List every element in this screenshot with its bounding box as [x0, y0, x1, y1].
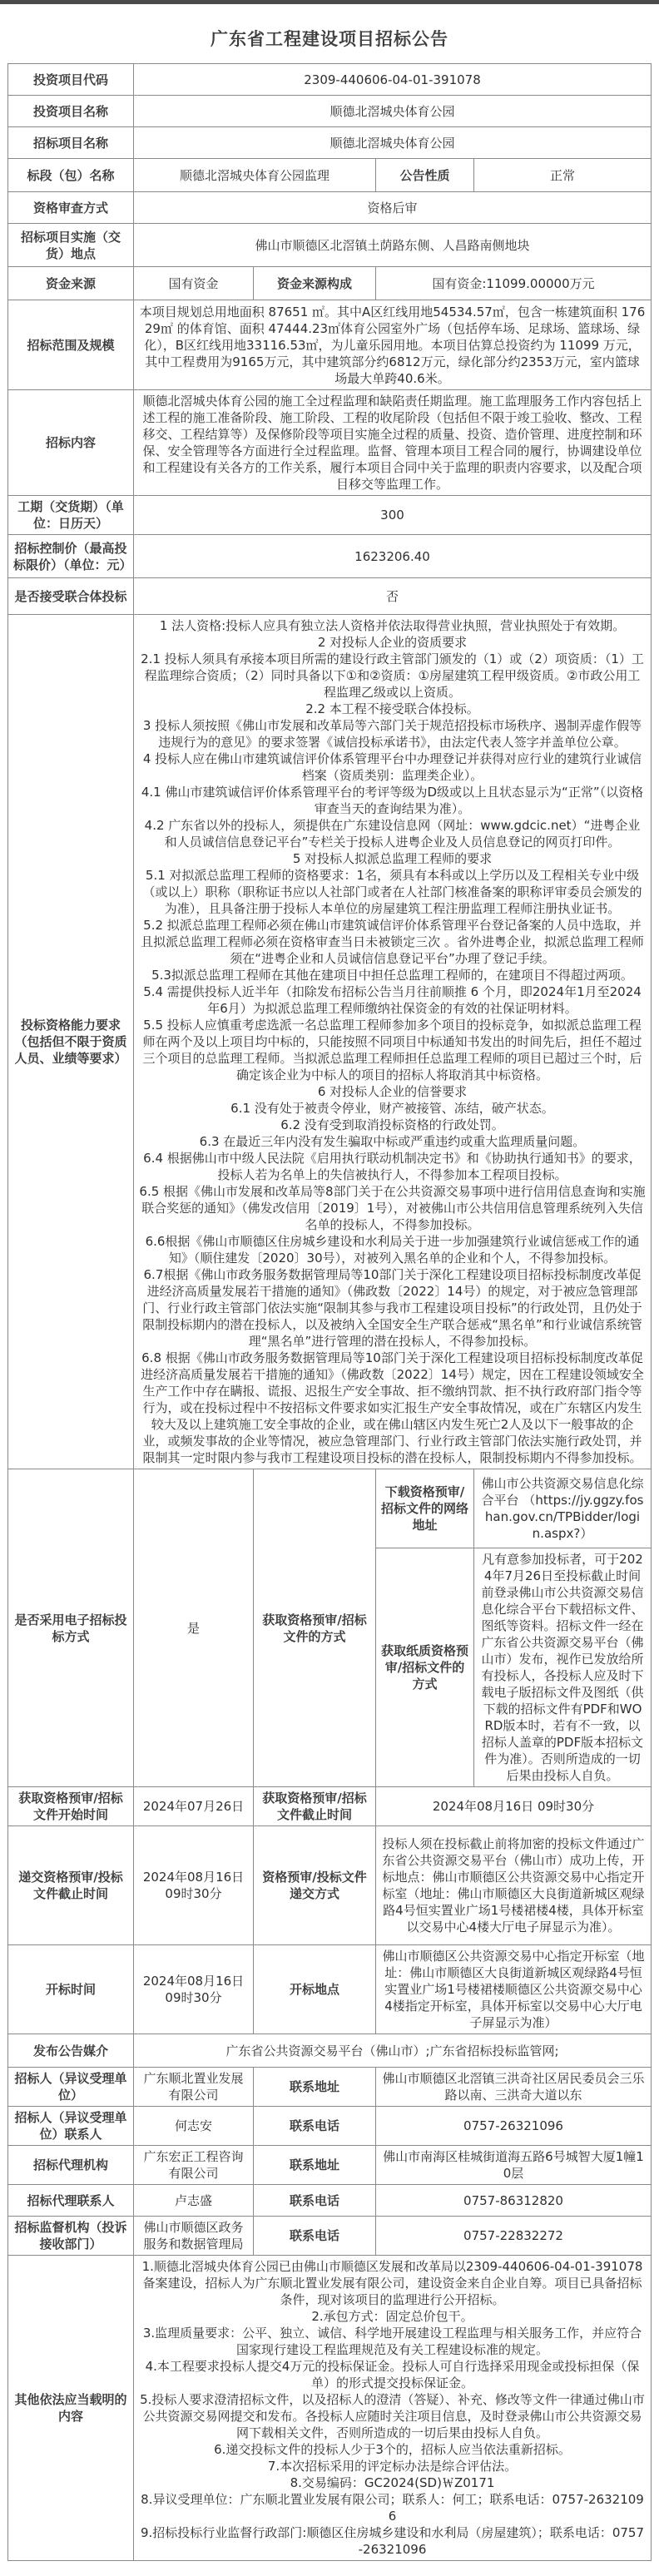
table-row: 其他依法应当载明的内容 1.顺德北滘城央体育公园已由佛山市顺德区发展和改革局以2… [8, 2256, 652, 2561]
table-row: 投资项目代码 2309-440606-04-01-391078 [8, 64, 652, 96]
top-strip [0, 0, 659, 4]
section-value: 顺德北滘城央体育公园监理 [134, 159, 376, 192]
download-url-label: 下载资格预审/招标文件的网络地址 [376, 1469, 474, 1548]
table-row: 投标资格能力要求（包括但不限于资质人员、业绩等要求） 1 法人资格:投标人应具有… [8, 615, 652, 1469]
tenderer-address-value: 佛山市顺德区北滘镇三洪奇社区居民委员会三乐路以南、三洪奇大道以东 [376, 2068, 652, 2107]
table-row: 招标项目实施（交货）地点 佛山市顺德区北滘镇土荫路东侧、人昌路南侧地块 [8, 224, 652, 267]
invest-name-label: 投资项目名称 [8, 96, 134, 127]
bid-opening-time-value: 2024年08月16日 09时30分 [134, 1945, 254, 2034]
obtain-deadline-label: 获取资格预审/招标文件截止时间 [254, 1787, 376, 1826]
project-code-value: 2309-440606-04-01-391078 [134, 64, 652, 96]
table-row: 工期（交货期）（单位：日历天） 300 [8, 496, 652, 535]
table-row: 递交资格预审/投标文件截止时间 2024年08月16日 09时30分 资格预审/… [8, 1826, 652, 1945]
funding-composition-label: 资金来源构成 [254, 267, 376, 300]
location-value: 佛山市顺德区北滘镇土荫路东侧、人昌路南侧地块 [134, 224, 652, 267]
tenderer-phone-value: 0757-26321096 [376, 2107, 652, 2146]
tender-name-label: 招标项目名称 [8, 127, 134, 159]
paper-method-label: 获取纸质资格预审/招标文件的方式 [376, 1548, 474, 1787]
page-title: 广东省工程建设项目招标公告 [0, 26, 659, 51]
funding-label: 资金来源 [8, 267, 134, 300]
other-label: 其他依法应当载明的内容 [8, 2256, 134, 2561]
table-row: 招标人（异议受理单位） 广东顺北置业发展有限公司 联系地址 佛山市顺德区北滘镇三… [8, 2068, 652, 2107]
submit-method-value: 投标人须在投标截止前将加密的投标文件通过广东省公共资源交易平台（佛山市）成功上传… [376, 1826, 652, 1945]
scope-value: 本项目规划总用地面积 87651 ㎡。其中A区红线用地54534.57㎡，包含一… [134, 300, 652, 390]
content-label: 招标内容 [8, 390, 134, 496]
agency-value: 广东宏正工程咨询有限公司 [134, 2146, 254, 2185]
tenderer-contact-label: 招标人（异议受理单位）联系人 [8, 2107, 134, 2146]
paper-method-value: 凡有意参加投标者，可于2024年7月26日至投标截止时间前登录佛山市公共资源交易… [474, 1548, 652, 1787]
e-bidding-value: 是 [134, 1469, 254, 1787]
capability-label: 投标资格能力要求（包括但不限于资质人员、业绩等要求） [8, 615, 134, 1469]
table-row: 招标人（异议受理单位）联系人 何志安 联系电话 0757-26321096 [8, 2107, 652, 2146]
consortium-value: 否 [134, 578, 652, 615]
funding-composition-value: 国有资金:11099.00000万元 [376, 267, 652, 300]
supervisor-label: 招标监督机构（投诉接收部门） [8, 2217, 134, 2256]
agency-label: 招标代理机构 [8, 2146, 134, 2185]
funding-value: 国有资金 [134, 267, 254, 300]
table-row: 标段（包）名称 顺德北滘城央体育公园监理 公告性质 正常 [8, 159, 652, 192]
table-row: 获取资格预审/招标文件开始时间 2024年07月26日 获取资格预审/招标文件截… [8, 1787, 652, 1826]
agency-address-label: 联系地址 [254, 2146, 376, 2185]
tenderer-contact-value: 何志安 [134, 2107, 254, 2146]
notice-nature-value: 正常 [474, 159, 652, 192]
table-row: 招标项目名称 顺德北滘城央体育公园 [8, 127, 652, 159]
tenderer-phone-label: 联系电话 [254, 2107, 376, 2146]
table-row: 招标范围及规模 本项目规划总用地面积 87651 ㎡。其中A区红线用地54534… [8, 300, 652, 390]
table-row: 招标代理联系人 卢志盛 联系电话 0757-86312820 [8, 2185, 652, 2217]
agency-contact-value: 卢志盛 [134, 2185, 254, 2217]
duration-label: 工期（交货期）（单位：日历天） [8, 496, 134, 535]
content-value: 顺德北滘城央体育公园的施工全过程监理和缺陷责任期监理。施工监理服务工作内容包括上… [134, 390, 652, 496]
scope-label: 招标范围及规模 [8, 300, 134, 390]
table-row: 招标代理机构 广东宏正工程咨询有限公司 联系地址 佛山市南海区桂城街道海五路6号… [8, 2146, 652, 2185]
agency-phone-label: 联系电话 [254, 2185, 376, 2217]
table-row: 发布公告媒介 广东省公共资源交易平台（佛山市）;广东省招标投标监管网; [8, 2034, 652, 2068]
table-row: 开标时间 2024年08月16日 09时30分 开标地点 佛山市顺德区公共资源交… [8, 1945, 652, 2034]
tenderer-label: 招标人（异议受理单位） [8, 2068, 134, 2107]
media-label: 发布公告媒介 [8, 2034, 134, 2068]
obtain-start-value: 2024年07月26日 [134, 1787, 254, 1826]
supervisor-phone-label: 联系电话 [254, 2217, 376, 2256]
bid-opening-time-label: 开标时间 [8, 1945, 134, 2034]
submit-deadline-label: 递交资格预审/投标文件截止时间 [8, 1826, 134, 1945]
obtain-method-label: 获取资格预审/招标文件的方式 [254, 1469, 376, 1787]
supervisor-value: 佛山市顺德区政务服务和数据管理局 [134, 2217, 254, 2256]
table-row: 招标内容 顺德北滘城央体育公园的施工全过程监理和缺陷责任期监理。施工监理服务工作… [8, 390, 652, 496]
submit-method-label: 资格预审/投标文件递交方式 [254, 1826, 376, 1945]
section-label: 标段（包）名称 [8, 159, 134, 192]
table-row: 投资项目名称 顺德北滘城央体育公园 [8, 96, 652, 127]
bid-opening-place-value: 佛山市顺德区公共资源交易中心指定开标室（地址：佛山市顺德区大良街道新城区观绿路4… [376, 1945, 652, 2034]
other-value: 1.顺德北滘城央体育公园已由佛山市顺德区发展和改革局以2309-440606-0… [134, 2256, 652, 2561]
location-label: 招标项目实施（交货）地点 [8, 224, 134, 267]
tender-name-value: 顺德北滘城央体育公园 [134, 127, 652, 159]
table-row: 资金来源 国有资金 资金来源构成 国有资金:11099.00000万元 [8, 267, 652, 300]
tenderer-address-label: 联系地址 [254, 2068, 376, 2107]
submit-deadline-value: 2024年08月16日 09时30分 [134, 1826, 254, 1945]
notice-nature-label: 公告性质 [376, 159, 474, 192]
price-limit-value: 1623206.40 [134, 535, 652, 578]
agency-phone-value: 0757-86312820 [376, 2185, 652, 2217]
e-bidding-label: 是否采用电子招标投标方式 [8, 1469, 134, 1787]
qualification-review-label: 资格审查方式 [8, 192, 134, 224]
media-value: 广东省公共资源交易平台（佛山市）;广东省招标投标监管网; [134, 2034, 652, 2068]
obtain-deadline-value: 2024年08月16日 09时30分 [376, 1787, 652, 1826]
table-row: 招标监督机构（投诉接收部门） 佛山市顺德区政务服务和数据管理局 联系电话 075… [8, 2217, 652, 2256]
table-row: 资格审查方式 资格后审 [8, 192, 652, 224]
download-url-value: 佛山市公共资源交易信息化综合平台 （https://jy.ggzy.foshan… [474, 1469, 652, 1548]
tender-announcement-table: 投资项目代码 2309-440606-04-01-391078 投资项目名称 顺… [7, 63, 652, 2561]
tenderer-value: 广东顺北置业发展有限公司 [134, 2068, 254, 2107]
supervisor-phone-value: 0757-22832272 [376, 2217, 652, 2256]
capability-value: 1 法人资格:投标人应具有独立法人资格并依法取得营业执照，营业执照处于有效期。 … [134, 615, 652, 1469]
project-code-label: 投资项目代码 [8, 64, 134, 96]
agency-address-value: 佛山市南海区桂城街道海五路6号城智大厦1幢10层 [376, 2146, 652, 2185]
invest-name-value: 顺德北滘城央体育公园 [134, 96, 652, 127]
obtain-start-label: 获取资格预审/招标文件开始时间 [8, 1787, 134, 1826]
consortium-label: 是否接受联合体投标 [8, 578, 134, 615]
qualification-review-value: 资格后审 [134, 192, 652, 224]
table-row: 是否采用电子招标投标方式 是 获取资格预审/招标文件的方式 下载资格预审/招标文… [8, 1469, 652, 1548]
table-row: 是否接受联合体投标 否 [8, 578, 652, 615]
bid-opening-place-label: 开标地点 [254, 1945, 376, 2034]
table-row: 招标控制价（最高投标限价）（单位：元） 1623206.40 [8, 535, 652, 578]
agency-contact-label: 招标代理联系人 [8, 2185, 134, 2217]
duration-value: 300 [134, 496, 652, 535]
price-limit-label: 招标控制价（最高投标限价）（单位：元） [8, 535, 134, 578]
